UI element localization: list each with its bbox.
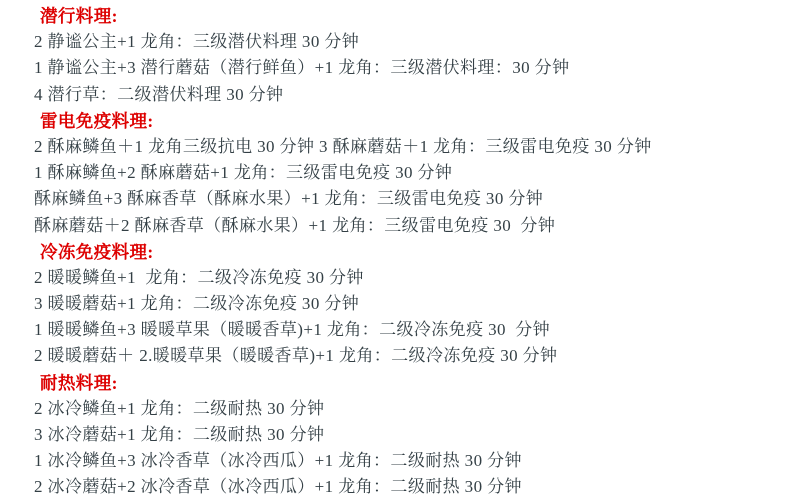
recipe-line: 2 酥麻鳞鱼＋1 龙角三级抗电 30 分钟 3 酥麻蘑菇＋1 龙角：三级雷电免疫… [0,134,786,160]
recipe-line: 酥麻鳞鱼+3 酥麻香草（酥麻水果）+1 龙角：三级雷电免疫 30 分钟 [0,186,786,212]
section-heading-freeze-immunity: 冷冻免疫料理: [0,239,786,265]
recipe-line: 1 酥麻鳞鱼+2 酥麻蘑菇+1 龙角：三级雷电免疫 30 分钟 [0,160,786,186]
recipe-line: 酥麻蘑菇＋2 酥麻香草（酥麻水果）+1 龙角：三级雷电免疫 30 分钟 [0,213,786,239]
section-heading-heat-resist: 耐热料理: [0,370,786,396]
recipe-line: 1 暖暖鳞鱼+3 暖暖草果（暖暖香草)+1 龙角：二级冷冻免疫 30 分钟 [0,317,786,343]
section-heading-stealth: 潜行料理: [0,3,786,29]
recipe-line: 2 静谧公主+1 龙角：三级潜伏料理 30 分钟 [0,29,786,55]
recipe-line: 1 静谧公主+3 潜行蘑菇（潜行鲜鱼）+1 龙角：三级潜伏料理：30 分钟 [0,55,786,81]
recipe-line: 3 冰冷蘑菇+1 龙角：二级耐热 30 分钟 [0,422,786,448]
recipe-line: 3 暖暖蘑菇+1 龙角：二级冷冻免疫 30 分钟 [0,291,786,317]
recipe-document: 潜行料理: 2 静谧公主+1 龙角：三级潜伏料理 30 分钟 1 静谧公主+3 … [0,0,786,500]
section-heading-shock-immunity: 雷电免疫料理: [0,108,786,134]
recipe-line: 2 暖暖蘑菇＋ 2.暖暖草果（暖暖香草)+1 龙角：二级冷冻免疫 30 分钟 [0,343,786,369]
recipe-line: 1 冰冷鳞鱼+3 冰冷香草（冰冷西瓜）+1 龙角：二级耐热 30 分钟 [0,448,786,474]
recipe-line: 2 冰冷鳞鱼+1 龙角：二级耐热 30 分钟 [0,396,786,422]
recipe-line: 2 暖暖鳞鱼+1 龙角：二级冷冻免疫 30 分钟 [0,265,786,291]
recipe-line: 4 潜行草：二级潜伏料理 30 分钟 [0,82,786,108]
recipe-line: 2 冰冷蘑菇+2 冰冷香草（冰冷西瓜）+1 龙角：二级耐热 30 分钟 [0,474,786,500]
